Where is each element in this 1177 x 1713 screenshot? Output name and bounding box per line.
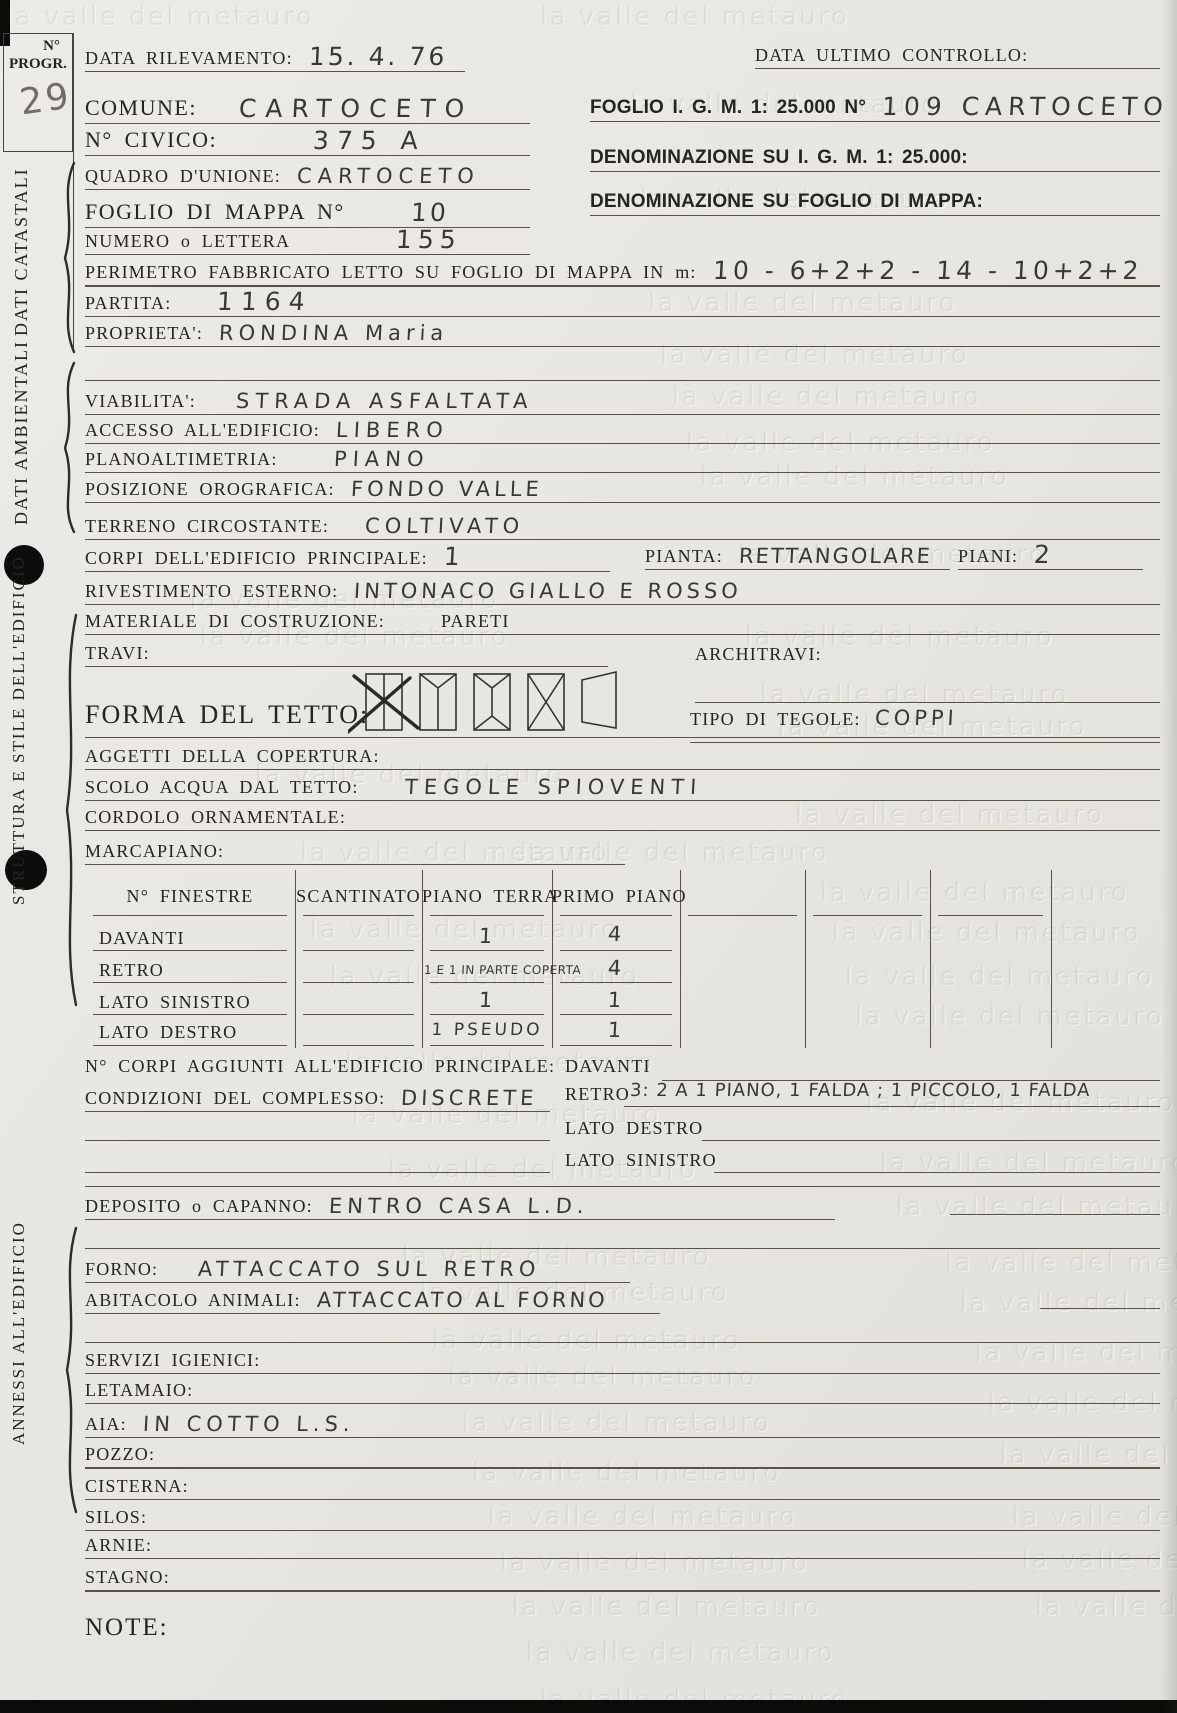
field-aggetti: AGGETTI DELLA COPERTURA: (85, 740, 1160, 770)
field-label: RIVESTIMENTO ESTERNO: (85, 581, 338, 602)
field-label: TIPO DI TEGOLE: (690, 709, 861, 729)
field-aia: AIA: IN COTTO L.S. (85, 1408, 1160, 1438)
field-value-handwritten: 1 (443, 544, 463, 569)
field-deposito: DEPOSITO o CAPANNO: ENTRO CASA L.D. (85, 1190, 835, 1220)
field-denominazione-igm: DENOMINAZIONE SU I. G. M. 1: 25.000: (590, 138, 1160, 172)
section-brace (56, 160, 80, 355)
roof-shed-icon (582, 672, 616, 728)
progr-label-top: N° (43, 38, 60, 55)
table-header-piano-terra: PIANO TERRA (422, 886, 552, 907)
field-label: ARNIE: (85, 1535, 152, 1556)
table-cell-value: 1 (421, 990, 552, 1011)
field-label: DATA ULTIMO CONTROLLO: (755, 45, 1028, 66)
forma-tetto-line (85, 737, 1160, 738)
field-value-handwritten: DISCRETE (401, 1088, 538, 1109)
table-row-label: RETRO (99, 960, 164, 981)
field-value-handwritten: ATTACCATO SUL RETRO (198, 1259, 541, 1280)
field-label: STAGNO: (85, 1567, 170, 1588)
roof-hip-both-ends-icon (474, 674, 510, 730)
watermark-text: la valle del metauro (945, 1248, 1177, 1278)
aggiunti-row-retro-line (624, 1106, 1160, 1107)
table-row-label: LATO DESTRO (99, 1022, 237, 1043)
blank-line (85, 1342, 1160, 1343)
field-rivestimento: RIVESTIMENTO ESTERNO: INTONACO GIALLO E … (85, 573, 1160, 605)
table-line (813, 915, 922, 916)
field-forma-tetto-label: FORMA DEL TETTO: (85, 700, 369, 730)
field-value-handwritten: RONDINA Maria (218, 323, 448, 344)
field-value-handwritten: INTONACO GIALLO E ROSSO (354, 581, 743, 602)
field-label: PIANTA: (645, 546, 723, 567)
table-header-finestre: N° FINESTRE (85, 886, 295, 907)
watermark-text: la valle del metauro (526, 1638, 835, 1668)
field-value-handwritten: 155 (396, 227, 463, 252)
field-forno: FORNO: ATTACCATO SUL RETRO (85, 1252, 630, 1283)
table-line (560, 915, 672, 916)
blank-line (950, 1214, 1160, 1215)
field-data-rilevamento: DATA RILEVAMENTO: 15. 4. 76 (85, 40, 465, 72)
table-line (303, 950, 414, 951)
field-quadro-unione: QUADRO D'UNIONE: CARTOCETO (85, 158, 530, 190)
blank-line (1040, 1308, 1160, 1309)
field-materiale: MATERIALE DI COSTRUZIONE: PARETI (85, 603, 1160, 635)
field-label: POSIZIONE OROGRAFICA: (85, 479, 335, 500)
table-line (688, 915, 797, 916)
field-note-label: NOTE: (85, 1614, 169, 1642)
field-data-ultimo-controllo: DATA ULTIMO CONTROLLO: (755, 42, 1160, 69)
field-arnie: ARNIE: (85, 1529, 1160, 1559)
table-cell-value: 1 (421, 926, 552, 947)
field-marcapiano: MARCAPIANO: (85, 834, 625, 865)
field-label: SERVIZI IGIENICI: (85, 1350, 260, 1371)
table-cell-value: 4 (551, 958, 680, 979)
field-label: MARCAPIANO: (85, 841, 224, 862)
field-label: CONDIZIONI DEL COMPLESSO: (85, 1088, 385, 1109)
handwritten-cross-mark (348, 676, 418, 732)
table-line (560, 1014, 672, 1015)
field-label: FOGLIO I. G. M. 1: 25.000 N° (590, 97, 866, 119)
roof-shape-icons (348, 666, 628, 738)
field-corpi-principale: CORPI DELL'EDIFICIO PRINCIPALE: 1 (85, 540, 610, 572)
field-abitacolo: ABITACOLO ANIMALI: ATTACCATO AL FORNO (85, 1283, 660, 1314)
field-letamaio: LETAMAIO: (85, 1374, 1160, 1404)
table-line (560, 950, 672, 951)
watermark-text: la valle del metauro (512, 1592, 821, 1622)
blank-line (85, 1186, 1160, 1187)
table-cell-value: 1 (551, 990, 680, 1011)
field-value-handwritten: IN COTTO L.S. (142, 1414, 355, 1435)
table-line (430, 1045, 544, 1046)
field-n-civico: N° CIVICO: 375 A (85, 124, 530, 156)
aggiunti-row-lato-sinistro-label: LATO SINISTRO (565, 1150, 717, 1171)
field-proprieta: PROPRIETA': RONDINA Maria (85, 315, 1160, 347)
field-stagno: STAGNO: (85, 1562, 1160, 1592)
field-scolo-acqua: SCOLO ACQUA DAL TETTO: TEGOLE SPIOVENTI (85, 769, 1160, 801)
field-value-handwritten: CARTOCETO (238, 96, 474, 121)
blank-line (85, 1172, 550, 1173)
progr-label-bottom: PROGR. (9, 56, 67, 73)
field-viabilita: VIABILITA': STRADA ASFALTATA (85, 383, 1160, 415)
field-value-handwritten: ENTRO CASA L.D. (328, 1196, 589, 1217)
field-posizione-orografica: POSIZIONE OROGRAFICA: FONDO VALLE (85, 471, 1160, 503)
field-value-handwritten: ATTACCATO AL FORNO (316, 1290, 608, 1311)
sidebar-section-dati-catastali: DATI CATASTALI (10, 167, 32, 336)
field-value-printed: PARETI (441, 611, 510, 632)
table-column-divider (930, 870, 931, 1048)
roof-pavilion-icon (528, 674, 564, 730)
field-label: POZZO: (85, 1444, 155, 1465)
section-brace (58, 1225, 82, 1515)
table-line (93, 915, 287, 916)
field-partita: PARTITA: 1164 (85, 285, 1160, 317)
field-label: CISTERNA: (85, 1476, 189, 1497)
field-label: AIA: (85, 1414, 127, 1435)
field-value-handwritten: CARTOCETO (296, 166, 480, 187)
field-label: SILOS: (85, 1507, 147, 1528)
field-condizioni: CONDIZIONI DEL COMPLESSO: DISCRETE (85, 1082, 550, 1112)
field-label: COMUNE: (85, 95, 197, 121)
watermark-text: la valle del metauro (540, 2, 849, 32)
field-value-handwritten: COPPI (874, 708, 958, 729)
field-value-handwritten: COLTIVATO (365, 516, 525, 537)
watermark-text: la valle del metauro (5, 2, 314, 32)
table-line (93, 950, 287, 951)
field-label: NUMERO o LETTERA (85, 231, 290, 252)
section-brace (56, 360, 80, 535)
field-label: LETAMAIO: (85, 1380, 193, 1401)
field-piani: PIANI: 2 (958, 538, 1143, 570)
field-label: ACCESSO ALL'EDIFICIO: (85, 420, 320, 441)
field-travi: TRAVI: (85, 637, 608, 667)
watermark-text: la valle del metauro (960, 1288, 1177, 1318)
field-cisterna: CISTERNA: (85, 1470, 1160, 1500)
field-value-handwritten: 375 A (312, 128, 426, 153)
blank-line (85, 380, 1160, 381)
table-line (93, 1014, 287, 1015)
progr-box: N° PROGR. 29 (3, 33, 73, 152)
table-cell-value: 1 E 1 IN PARTE COPERTA (424, 964, 551, 976)
field-label: DENOMINAZIONE SU FOGLIO DI MAPPA: (590, 191, 983, 213)
field-value-handwritten: LIBERO (335, 420, 449, 441)
table-line (303, 1014, 414, 1015)
field-label: QUADRO D'UNIONE: (85, 166, 281, 187)
table-line (430, 982, 544, 983)
field-label: ABITACOLO ANIMALI: (85, 1290, 301, 1311)
field-pianta: PIANTA: RETTANGOLARE (645, 538, 950, 570)
field-label: DATA RILEVAMENTO: (85, 48, 293, 69)
sidebar-section-annessi: ANNESSI ALL'EDIFICIO (8, 1221, 30, 1445)
sidebar-section-dati-ambientali: DATI AMBIENTALI (10, 340, 32, 525)
table-cell-value: 1 PSEUDO (424, 1022, 551, 1039)
table-cell-value: 1 (551, 1020, 680, 1041)
field-label: TRAVI: (85, 643, 150, 664)
field-value-handwritten: RETTANGOLARE (738, 546, 932, 567)
finestre-table: N° FINESTRE SCANTINATO PIANO TERRA PRIMO… (85, 870, 1052, 1048)
field-label: PERIMETRO FABBRICATO LETTO SU FOGLIO DI … (85, 262, 697, 283)
field-pozzo: POZZO: (85, 1439, 1160, 1469)
field-servizi: SERVIZI IGIENICI: (85, 1344, 1160, 1374)
field-label: DEPOSITO o CAPANNO: (85, 1196, 313, 1217)
field-label: CORPI DELL'EDIFICIO PRINCIPALE: (85, 548, 428, 569)
table-line (430, 950, 544, 951)
table-line (303, 1045, 414, 1046)
field-value-handwritten: FONDO VALLE (350, 479, 543, 500)
field-label: PLANOALTIMETRIA: (85, 449, 278, 470)
table-line (560, 1045, 672, 1046)
field-comune: COMUNE: CARTOCETO (85, 86, 530, 124)
table-cell-value: 4 (551, 924, 680, 945)
table-column-divider (1051, 870, 1052, 1048)
field-label: DENOMINAZIONE SU I. G. M. 1: 25.000: (590, 147, 968, 169)
survey-form-scan: la valle del metaurola valle del metauro… (0, 0, 1177, 1713)
table-line (93, 1045, 287, 1046)
sidebar-section-struttura-stile: STRUTTURA E STILE DELL'EDIFICIO (8, 555, 30, 905)
field-label: CORDOLO ORNAMENTALE: (85, 807, 346, 828)
blank-line (85, 1248, 1160, 1249)
field-label: N° CIVICO: (85, 127, 217, 153)
field-label: AGGETTI DELLA COPERTURA: (85, 746, 380, 767)
field-silos: SILOS: (85, 1501, 1160, 1531)
table-line (938, 915, 1043, 916)
table-line (303, 982, 414, 983)
field-value-handwritten: 1164 (217, 289, 314, 314)
field-foglio-igm: FOGLIO I. G. M. 1: 25.000 N° 109 CARTOCE… (590, 88, 1160, 122)
field-label: VIABILITA': (85, 391, 196, 412)
field-accesso: ACCESSO ALL'EDIFICIO: LIBERO (85, 412, 1160, 444)
table-line (93, 982, 287, 983)
aggiunti-row-lato-sinistro-line (714, 1172, 1160, 1173)
field-denominazione-mappa: DENOMINAZIONE SU FOGLIO DI MAPPA: (590, 184, 1160, 216)
field-tipo-tegole: TIPO DI TEGOLE: COPPI (690, 708, 957, 730)
watermark-text: la valle del metauro (896, 1192, 1177, 1222)
watermark-text: la valle del metauro (880, 1148, 1177, 1178)
field-planoaltimetria: PLANOALTIMETRIA: PIANO (85, 441, 1160, 473)
progr-value-handwritten: 29 (18, 79, 74, 122)
table-column-divider (805, 870, 806, 1048)
field-value-handwritten: TEGOLE SPIOVENTI (404, 777, 702, 798)
aggiunti-row-retro-label: RETRO (565, 1084, 630, 1105)
aggiunti-row-lato-destro-label: LATO DESTRO (565, 1118, 703, 1139)
field-label: PROPRIETA': (85, 323, 203, 344)
table-line (560, 982, 672, 983)
table-row-label: DAVANTI (99, 928, 185, 949)
section-brace (58, 612, 82, 1008)
blank-line (85, 1140, 550, 1141)
field-value-handwritten: 15. 4. 76 (308, 44, 448, 69)
field-label: PARTITA: (85, 293, 171, 314)
field-label: MATERIALE DI COSTRUZIONE: (85, 611, 385, 632)
field-label: TERRENO CIRCOSTANTE: (85, 516, 329, 537)
table-line (430, 915, 544, 916)
field-perimetro: PERIMETRO FABBRICATO LETTO SU FOGLIO DI … (85, 255, 1160, 287)
field-value-handwritten: 109 CARTOCETO (882, 94, 1170, 119)
table-line (430, 1014, 544, 1015)
aggiunti-row-retro-value: 3: 2 A 1 PIANO, 1 FALDA ; 1 PICCOLO, 1 F… (630, 1082, 1091, 1100)
table-header-scantinato: SCANTINATO (295, 886, 422, 907)
field-value-handwritten: PIANO (333, 449, 430, 470)
watermark-text: la valle del metauro (1035, 1592, 1177, 1622)
aggiunti-row-lato-destro-line (702, 1140, 1160, 1141)
field-value-handwritten: 10 - 6+2+2 - 14 - 10+2+2 (712, 258, 1143, 283)
table-line (303, 915, 414, 916)
field-corpi-aggiunti-label: N° CORPI AGGIUNTI ALL'EDIFICIO PRINCIPAL… (85, 1056, 555, 1077)
field-terreno-circostante: TERRENO CIRCOSTANTE: COLTIVATO (85, 508, 1160, 540)
field-label: FORNO: (85, 1259, 158, 1280)
field-architravi-label: ARCHITRAVI: (695, 644, 822, 665)
field-value-handwritten: STRADA ASFALTATA (235, 391, 534, 412)
roof-hip-one-end-icon (420, 674, 456, 730)
scan-bottom-bar (0, 1700, 1177, 1713)
field-label: PIANI: (958, 546, 1018, 567)
field-cordolo: CORDOLO ORNAMENTALE: (85, 800, 1160, 831)
field-label: SCOLO ACQUA DAL TETTO: (85, 777, 359, 798)
table-header-primo-piano: PRIMO PIANO (552, 886, 680, 907)
field-architravi-line (695, 702, 1160, 703)
table-row-label: LATO SINISTRO (99, 992, 251, 1013)
field-numero-lettera: NUMERO o LETTERA 155 (85, 217, 530, 255)
field-value-handwritten: 2 (1034, 542, 1054, 567)
aggiunti-row-davanti-label: DAVANTI (565, 1056, 651, 1077)
